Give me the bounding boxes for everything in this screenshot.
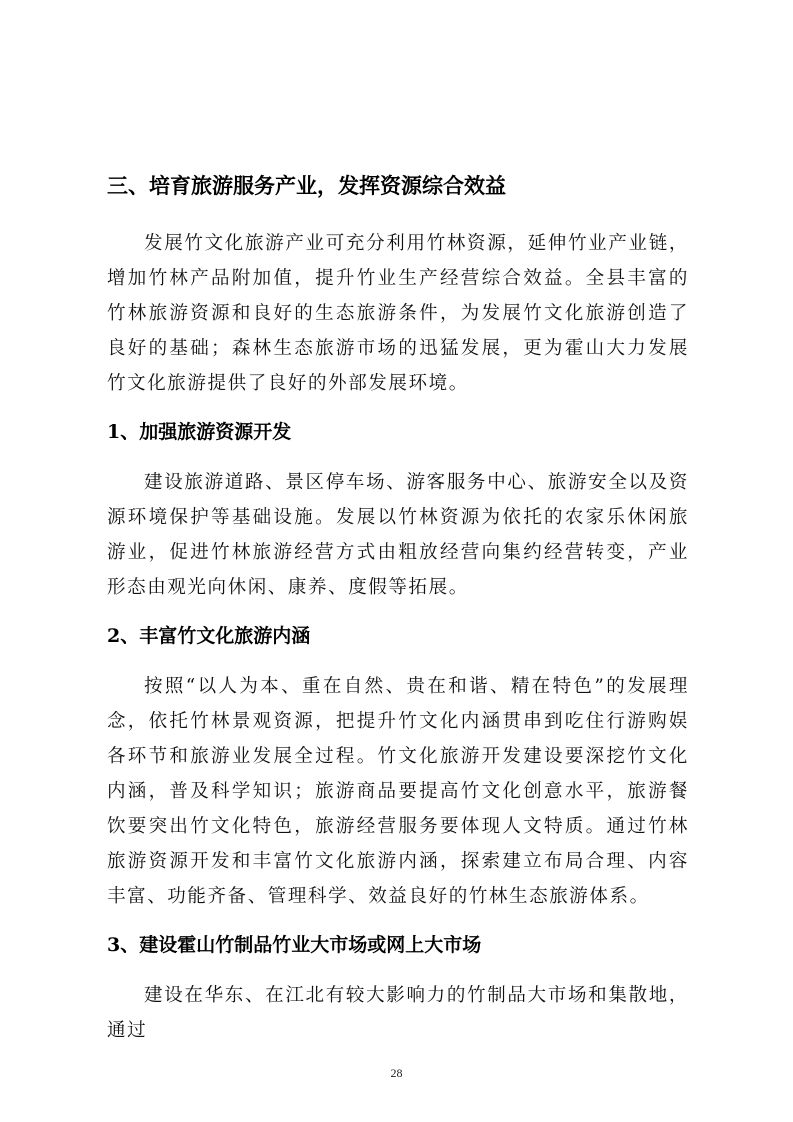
subsection-heading-3: 3、建设霍山竹制品竹业大市场或网上大市场 xyxy=(107,928,689,962)
subsection-paragraph-1: 建设旅游道路、景区停车场、游客服务中心、旅游安全以及资源环境保护等基础设施。发展… xyxy=(107,465,689,605)
subsection-heading-2: 2、丰富竹文化旅游内涵 xyxy=(107,619,689,653)
subsection-paragraph-2: 按照“以人为本、重在自然、贵在和谐、精在特色”的发展理念，依托竹林景观资源，把提… xyxy=(107,669,689,914)
document-page: 三、培育旅游服务产业，发挥资源综合效益 发展竹文化旅游产业可充分利用竹林资源，延… xyxy=(0,0,793,1122)
subsection-heading-1: 1、加强旅游资源开发 xyxy=(107,415,689,449)
page-content: 三、培育旅游服务产业，发挥资源综合效益 发展竹文化旅游产业可充分利用竹林资源，延… xyxy=(107,168,689,1048)
page-number: 28 xyxy=(0,1066,793,1081)
section-heading: 三、培育旅游服务产业，发挥资源综合效益 xyxy=(107,168,689,204)
subsection-paragraph-3: 建设在华东、在江北有较大影响力的竹制品大市场和集散地，通过 xyxy=(107,978,689,1048)
intro-paragraph: 发展竹文化旅游产业可充分利用竹林资源，延伸竹业产业链，增加竹林产品附加值，提升竹… xyxy=(107,226,689,401)
